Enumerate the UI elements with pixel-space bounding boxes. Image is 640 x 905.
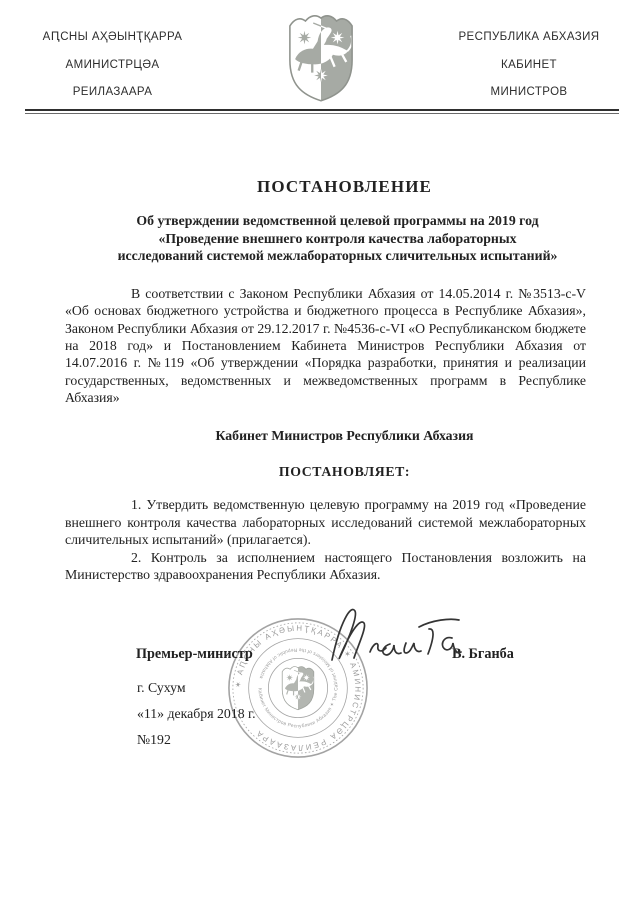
signature-block: ✶ АԤСНЫ АҲӘЫНҬҚАРРА ✶ АМИНИСТРЦӘА РЕИЛАЗ…	[0, 600, 640, 790]
letterhead-line: МИНИСТРОВ	[418, 79, 640, 107]
document-body: ПОСТАНОВЛЕНИЕ Об утверждении ведомственн…	[65, 177, 586, 583]
letterhead-line: АМИНИСТРЦӘА	[0, 52, 225, 80]
resolves-heading: ПОСТАНОВЛЯЕТ:	[65, 463, 586, 480]
letterhead-line: РЕИЛАЗААРА	[0, 79, 225, 107]
coat-of-arms-icon	[286, 12, 356, 104]
doc-subtitle-line: Об утверждении ведомственной целевой про…	[89, 212, 586, 230]
resolution-item: 2. Контроль за исполнением настоящего По…	[65, 549, 586, 584]
resolution-item: 1. Утвердить ведомственную целевую прогр…	[65, 496, 586, 548]
handwritten-signature-icon	[318, 600, 468, 672]
header-divider	[25, 109, 619, 114]
resolution-items: 1. Утвердить ведомственную целевую прогр…	[65, 496, 586, 583]
doc-subtitle-line: «Проведение внешнего контроля качества л…	[89, 230, 586, 248]
signer-post: Премьер-министр	[136, 646, 253, 663]
doc-subtitle: Об утверждении ведомственной целевой про…	[65, 212, 586, 265]
stamp-coat-of-arms-icon	[282, 667, 314, 710]
letterhead-line: КАБИНЕТ	[418, 52, 640, 80]
letterhead-abkhaz-text: АԤСНЫ АҲӘЫНҬҚАРРА АМИНИСТРЦӘА РЕИЛАЗААРА	[0, 20, 225, 107]
number-line: №192	[137, 732, 171, 748]
org-heading: Кабинет Министров Республики Абхазия	[65, 427, 586, 444]
preamble-paragraph: В соответствии с Законом Республики Абха…	[65, 285, 586, 407]
date-line: «11» декабря 2018 г.	[137, 706, 256, 722]
document-page: АԤСНЫ АҲӘЫНҬҚАРРА АМИНИСТРЦӘА РЕИЛАЗААРА…	[0, 0, 640, 905]
doc-title: ПОСТАНОВЛЕНИЕ	[65, 177, 586, 197]
letterhead-line: РЕСПУБЛИКА АБХАЗИЯ	[418, 24, 640, 52]
doc-subtitle-line: исследований системой межлабораторных сл…	[89, 247, 586, 265]
letterhead-line: АԤСНЫ АҲӘЫНҬҚАРРА	[0, 24, 225, 52]
letterhead-russian-text: РЕСПУБЛИКА АБХАЗИЯ КАБИНЕТ МИНИСТРОВ	[418, 20, 640, 107]
place-line: г. Сухум	[137, 680, 186, 696]
